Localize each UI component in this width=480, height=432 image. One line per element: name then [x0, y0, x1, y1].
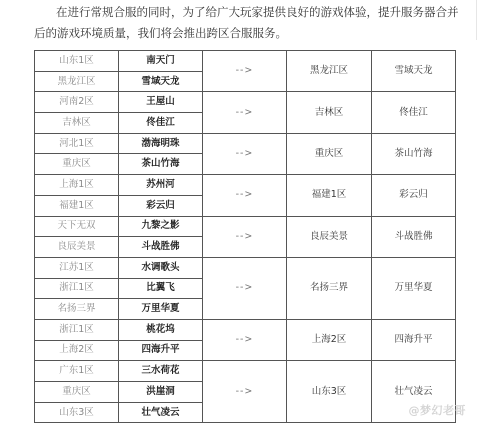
source-server-cell: 三水荷花	[119, 361, 203, 382]
source-zone-cell: 上海2区	[35, 340, 119, 361]
source-server-cell: 九黎之影	[119, 216, 203, 237]
merge-arrow-cell: -->	[203, 51, 287, 92]
source-server-cell: 苏州河	[119, 175, 203, 196]
source-zone-cell: 良辰美景	[35, 237, 119, 258]
target-server-cell: 佟佳江	[372, 92, 456, 133]
merge-arrow-cell: -->	[203, 361, 287, 423]
table-row: 山东1区南天门-->黑龙江区雪域天龙	[35, 51, 456, 72]
table-row: 河南2区王屋山-->吉林区佟佳江	[35, 92, 456, 113]
merge-arrow-cell: -->	[203, 175, 287, 216]
source-zone-cell: 河南2区	[35, 92, 119, 113]
target-zone-cell: 山东3区	[287, 361, 372, 423]
intro-paragraph: 在进行常规合服的同时，为了给广大玩家提供良好的游戏体验，提升服务器合并后的游戏环…	[34, 2, 464, 44]
table-row: 广东1区三水荷花-->山东3区壮气凌云	[35, 361, 456, 382]
merge-arrow-cell: -->	[203, 133, 287, 174]
source-server-cell: 雪域天龙	[119, 71, 203, 92]
source-server-cell: 比翼飞	[119, 278, 203, 299]
source-server-cell: 王屋山	[119, 92, 203, 113]
source-server-cell: 佟佳江	[119, 113, 203, 134]
table-row: 浙江1区桃花坞-->上海2区四海升平	[35, 319, 456, 340]
target-server-cell: 斗战胜佛	[372, 216, 456, 257]
source-zone-cell: 山东1区	[35, 51, 119, 72]
table-row: 上海1区苏州河-->福建1区彩云归	[35, 175, 456, 196]
source-zone-cell: 名扬三界	[35, 299, 119, 320]
source-zone-cell: 山东3区	[35, 402, 119, 423]
target-server-cell: 彩云归	[372, 175, 456, 216]
source-zone-cell: 黑龙江区	[35, 71, 119, 92]
source-server-cell: 渤海明珠	[119, 133, 203, 154]
target-server-cell: 雪域天龙	[372, 51, 456, 92]
table-row: 天下无双九黎之影-->良辰美景斗战胜佛	[35, 216, 456, 237]
source-zone-cell: 天下无双	[35, 216, 119, 237]
source-zone-cell: 上海1区	[35, 175, 119, 196]
target-zone-cell: 黑龙江区	[287, 51, 372, 92]
watermark: @梦幻老哥	[409, 402, 467, 418]
target-zone-cell: 福建1区	[287, 175, 372, 216]
source-server-cell: 水调歌头	[119, 257, 203, 278]
merge-arrow-cell: -->	[203, 257, 287, 319]
merge-arrow-cell: -->	[203, 92, 287, 133]
target-zone-cell: 上海2区	[287, 319, 372, 360]
source-server-cell: 彩云归	[119, 195, 203, 216]
table-row: 河北1区渤海明珠-->重庆区茶山竹海	[35, 133, 456, 154]
source-zone-cell: 福建1区	[35, 195, 119, 216]
source-server-cell: 南天门	[119, 51, 203, 72]
merge-arrow-cell: -->	[203, 319, 287, 360]
source-zone-cell: 重庆区	[35, 382, 119, 403]
source-server-cell: 桃花坞	[119, 319, 203, 340]
target-zone-cell: 名扬三界	[287, 257, 372, 319]
source-server-cell: 壮气凌云	[119, 402, 203, 423]
source-server-cell: 茶山竹海	[119, 154, 203, 175]
source-zone-cell: 浙江1区	[35, 278, 119, 299]
source-server-cell: 斗战胜佛	[119, 237, 203, 258]
target-server-cell: 茶山竹海	[372, 133, 456, 174]
source-server-cell: 万里华夏	[119, 299, 203, 320]
source-zone-cell: 浙江1区	[35, 319, 119, 340]
target-zone-cell: 重庆区	[287, 133, 372, 174]
source-zone-cell: 吉林区	[35, 113, 119, 134]
target-server-cell: 万里华夏	[372, 257, 456, 319]
source-server-cell: 四海升平	[119, 340, 203, 361]
merge-arrow-cell: -->	[203, 216, 287, 257]
table-row: 江苏1区水调歌头-->名扬三界万里华夏	[35, 257, 456, 278]
source-zone-cell: 重庆区	[35, 154, 119, 175]
source-zone-cell: 广东1区	[35, 361, 119, 382]
page-edge-divider	[476, 0, 480, 40]
server-merge-table: 山东1区南天门-->黑龙江区雪域天龙黑龙江区雪域天龙河南2区王屋山-->吉林区佟…	[34, 50, 456, 423]
server-merge-table-body: 山东1区南天门-->黑龙江区雪域天龙黑龙江区雪域天龙河南2区王屋山-->吉林区佟…	[35, 51, 456, 423]
source-zone-cell: 江苏1区	[35, 257, 119, 278]
source-zone-cell: 河北1区	[35, 133, 119, 154]
target-zone-cell: 良辰美景	[287, 216, 372, 257]
target-server-cell: 四海升平	[372, 319, 456, 360]
watermark-text: @梦幻老哥	[409, 404, 467, 417]
source-server-cell: 洪崖洞	[119, 382, 203, 403]
target-zone-cell: 吉林区	[287, 92, 372, 133]
